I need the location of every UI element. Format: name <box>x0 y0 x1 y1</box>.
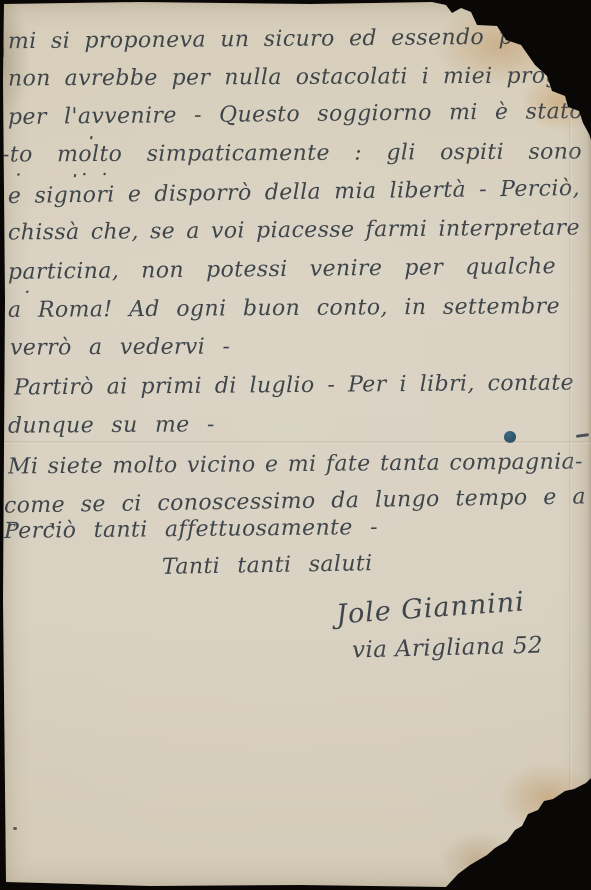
fold-crease-horizontal <box>0 441 591 444</box>
address-line: via Arigliana 52 <box>352 632 544 666</box>
handwritten-line: -to molto simpaticamente : gli ospiti so… <box>2 138 582 177</box>
scan-background: { "document_type": "handwritten-letter-s… <box>0 0 591 890</box>
handwritten-line: verrò a vedervi - <box>10 333 230 362</box>
letter-page: mi si proponeva un sicuro ed essendo p n… <box>0 0 591 890</box>
handwritten-line: mi si proponeva un sicuro ed essendo p <box>8 24 513 64</box>
stray-ink-dash <box>576 433 589 438</box>
handwritten-line: particina, non potessi venire per qualch… <box>8 253 556 295</box>
signature: Jole Giannini <box>335 585 526 632</box>
blue-ink-dot <box>504 431 516 443</box>
handwritten-line: a Roma! Ad ogni buon conto, in settembre <box>8 293 560 333</box>
closing-salutation: Tanti tanti saluti <box>162 550 373 581</box>
handwritten-line: per l'avvenire - Questo soggiorno mi è s… <box>8 98 583 140</box>
cut-ink-stroke <box>0 46 4 58</box>
handwritten-line: dunque su me - <box>8 411 215 440</box>
handwritten-line: chissà che, se a voi piacesse farmi inte… <box>8 215 580 256</box>
handwritten-line: Perciò tanti affettuosamente - <box>4 514 378 545</box>
handwritten-line: Mi siete molto vicino e mi fate tanta co… <box>8 448 583 489</box>
handwritten-line: e signori e disporrò della mia libertà -… <box>8 175 580 219</box>
handwritten-line: Partirò ai primi di luglio - Per i libri… <box>14 370 574 411</box>
paper-speck <box>13 827 17 830</box>
handwritten-line: non avrebbe per nulla ostacolati i miei … <box>8 63 560 102</box>
